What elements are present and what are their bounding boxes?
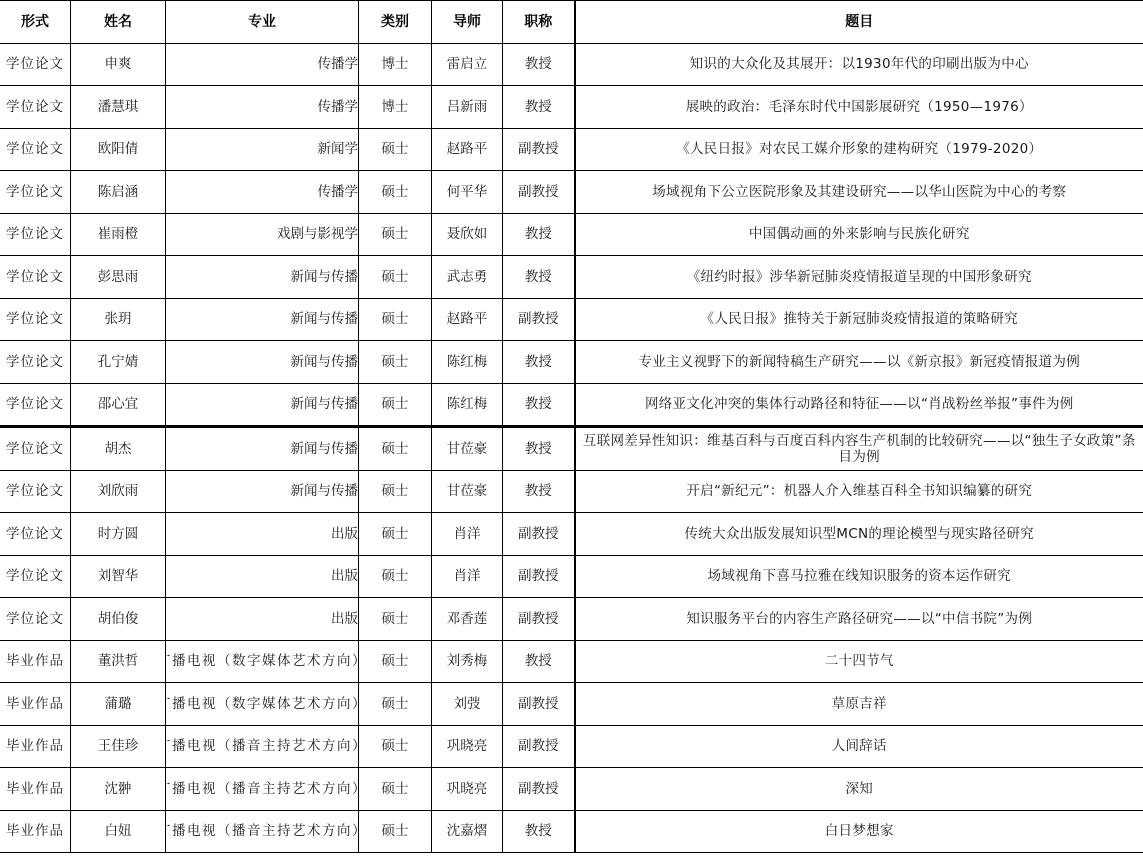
table-row: 学位论文 时方圆 出版 硕士 肖洋 副教授 传统大众出版发展知识型MCN的理论模… [0,513,1143,556]
cell-form: 毕业作品 [0,725,71,768]
table-row: 毕业作品 白妞 广播电视（播音主持艺术方向） 硕士 沈嘉熠 教授 白日梦想家 [0,810,1143,853]
cell-topic: 知识的大众化及其展开：以1930年代的印刷出版为中心 [575,43,1143,86]
cell-topic: 深知 [575,768,1143,811]
header-topic: 题目 [575,1,1143,44]
cell-type: 硕士 [359,683,432,726]
table-row: 学位论文 张玥 新闻与传播 硕士 赵路平 副教授 《人民日报》推特关于新冠肺炎疫… [0,298,1143,341]
cell-name: 潘慧琪 [71,86,166,129]
cell-major-text: 新闻与传播 [291,396,359,412]
cell-major: 传播学 [166,86,359,129]
cell-form: 学位论文 [0,427,71,471]
cell-tutor: 沈嘉熠 [432,810,503,853]
cell-tutor: 巩晓亮 [432,768,503,811]
cell-name: 陈启涵 [71,171,166,214]
cell-form: 学位论文 [0,213,71,256]
cell-topic: 互联网差异性知识：维基百科与百度百科内容生产机制的比较研究——以“独生子女政策”… [575,427,1143,471]
table-row: 学位论文 孔宁婧 新闻与传播 硕士 陈红梅 教授 专业主义视野下的新闻特稿生产研… [0,341,1143,384]
cell-rank: 教授 [503,383,575,427]
header-type: 类别 [359,1,432,44]
cell-major: 传播学 [166,171,359,214]
cell-rank: 副教授 [503,598,575,641]
cell-form: 学位论文 [0,171,71,214]
cell-form: 毕业作品 [0,810,71,853]
cell-rank: 副教授 [503,683,575,726]
cell-major-text: 新闻学 [318,141,359,157]
table-row: 学位论文 潘慧琪 传播学 博士 吕新雨 教授 展映的政治：毛泽东时代中国影展研究… [0,86,1143,129]
cell-type: 硕士 [359,213,432,256]
cell-topic: 《人民日报》对农民工媒介形象的建构研究（1979-2020） [575,128,1143,171]
table-row: 毕业作品 沈翀 广播电视（播音主持艺术方向） 硕士 巩晓亮 副教授 深知 [0,768,1143,811]
cell-name: 崔雨橙 [71,213,166,256]
cell-name: 申爽 [71,43,166,86]
cell-tutor: 甘莅豪 [432,427,503,471]
cell-major: 新闻与传播 [166,341,359,384]
table-row: 学位论文 刘智华 出版 硕士 肖洋 副教授 场域视角下喜马拉雅在线知识服务的资本… [0,555,1143,598]
cell-rank: 副教授 [503,298,575,341]
cell-name: 张玥 [71,298,166,341]
cell-form: 学位论文 [0,383,71,427]
cell-type: 硕士 [359,768,432,811]
cell-form: 学位论文 [0,598,71,641]
cell-rank: 教授 [503,213,575,256]
header-name: 姓名 [71,1,166,44]
cell-major: 新闻与传播 [166,298,359,341]
cell-tutor: 刘秀梅 [432,640,503,683]
cell-type: 硕士 [359,598,432,641]
cell-tutor: 邓香莲 [432,598,503,641]
cell-topic: 传统大众出版发展知识型MCN的理论模型与现实路径研究 [575,513,1143,556]
cell-rank: 副教授 [503,768,575,811]
cell-topic: 中国偶动画的外来影响与民族化研究 [575,213,1143,256]
cell-major-text: 传播学 [318,184,359,200]
cell-type: 硕士 [359,341,432,384]
cell-rank: 副教授 [503,555,575,598]
cell-type: 硕士 [359,810,432,853]
cell-type: 博士 [359,43,432,86]
cell-type: 博士 [359,86,432,129]
cell-major: 新闻与传播 [166,427,359,471]
cell-form: 学位论文 [0,513,71,556]
cell-form: 学位论文 [0,86,71,129]
cell-major: 出版 [166,513,359,556]
cell-tutor: 巩晓亮 [432,725,503,768]
cell-major: 传播学 [166,43,359,86]
cell-major: 广播电视（播音主持艺术方向） [166,768,359,811]
cell-topic: 开启“新纪元”：机器人介入维基百科全书知识编纂的研究 [575,470,1143,513]
cell-name: 胡伯俊 [71,598,166,641]
cell-major: 新闻与传播 [166,383,359,427]
cell-form: 毕业作品 [0,683,71,726]
cell-rank: 教授 [503,256,575,299]
cell-topic: 网络亚文化冲突的集体行动路径和特征——以“肖战粉丝举报”事件为例 [575,383,1143,427]
cell-tutor: 吕新雨 [432,86,503,129]
cell-major-text: 戏剧与影视学 [277,226,358,242]
cell-major-text: 广播电视（数字媒体艺术方向） [166,653,358,669]
cell-major-text: 传播学 [318,99,359,115]
table-row: 学位论文 欧阳倩 新闻学 硕士 赵路平 副教授 《人民日报》对农民工媒介形象的建… [0,128,1143,171]
cell-major: 出版 [166,555,359,598]
cell-major: 广播电视（播音主持艺术方向） [166,810,359,853]
cell-form: 学位论文 [0,470,71,513]
table-row: 学位论文 胡伯俊 出版 硕士 邓香莲 副教授 知识服务平台的内容生产路径研究——… [0,598,1143,641]
cell-rank: 教授 [503,640,575,683]
cell-name: 欧阳倩 [71,128,166,171]
cell-major: 新闻学 [166,128,359,171]
cell-name: 邵心宜 [71,383,166,427]
cell-name: 王佳珍 [71,725,166,768]
header-form: 形式 [0,1,71,44]
cell-major-text: 新闻与传播 [291,483,359,499]
table-row: 毕业作品 蒲璐 广播电视（数字媒体艺术方向） 硕士 刘弢 副教授 草原吉祥 [0,683,1143,726]
cell-type: 硕士 [359,128,432,171]
cell-major-text: 广播电视（播音主持艺术方向） [166,823,358,839]
cell-tutor: 陈红梅 [432,383,503,427]
table-row: 毕业作品 王佳珍 广播电视（播音主持艺术方向） 硕士 巩晓亮 副教授 人间辞话 [0,725,1143,768]
cell-topic: 场域视角下公立医院形象及其建设研究——以华山医院为中心的考察 [575,171,1143,214]
cell-tutor: 何平华 [432,171,503,214]
cell-tutor: 聂欣如 [432,213,503,256]
cell-form: 毕业作品 [0,640,71,683]
cell-type: 硕士 [359,427,432,471]
cell-major: 新闻与传播 [166,256,359,299]
cell-tutor: 刘弢 [432,683,503,726]
cell-form: 毕业作品 [0,768,71,811]
cell-type: 硕士 [359,256,432,299]
cell-tutor: 武志勇 [432,256,503,299]
cell-major: 广播电视（数字媒体艺术方向） [166,683,359,726]
cell-name: 孔宁婧 [71,341,166,384]
cell-major-text: 广播电视（播音主持艺术方向） [166,781,358,797]
cell-rank: 教授 [503,86,575,129]
table-row: 学位论文 陈启涵 传播学 硕士 何平华 副教授 场域视角下公立医院形象及其建设研… [0,171,1143,214]
header-row: 形式 姓名 专业 类别 导师 职称 题目 [0,1,1143,44]
cell-tutor: 赵路平 [432,128,503,171]
cell-topic: 《纽约时报》涉华新冠肺炎疫情报道呈现的中国形象研究 [575,256,1143,299]
cell-name: 沈翀 [71,768,166,811]
table-row: 学位论文 刘欣雨 新闻与传播 硕士 甘莅豪 教授 开启“新纪元”：机器人介入维基… [0,470,1143,513]
cell-topic: 草原吉祥 [575,683,1143,726]
cell-type: 硕士 [359,725,432,768]
cell-rank: 教授 [503,341,575,384]
cell-tutor: 陈红梅 [432,341,503,384]
cell-topic: 二十四节气 [575,640,1143,683]
cell-tutor: 肖洋 [432,513,503,556]
cell-type: 硕士 [359,640,432,683]
cell-type: 硕士 [359,555,432,598]
cell-type: 硕士 [359,513,432,556]
cell-major-text: 广播电视（数字媒体艺术方向） [166,696,358,712]
cell-topic: 知识服务平台的内容生产路径研究——以“中信书院”为例 [575,598,1143,641]
cell-form: 学位论文 [0,128,71,171]
cell-topic: 场域视角下喜马拉雅在线知识服务的资本运作研究 [575,555,1143,598]
cell-rank: 副教授 [503,171,575,214]
cell-rank: 副教授 [503,725,575,768]
cell-tutor: 肖洋 [432,555,503,598]
cell-topic: 人间辞话 [575,725,1143,768]
cell-form: 学位论文 [0,43,71,86]
cell-tutor: 雷启立 [432,43,503,86]
cell-type: 硕士 [359,171,432,214]
cell-major-text: 广播电视（播音主持艺术方向） [166,738,358,754]
cell-tutor: 甘莅豪 [432,470,503,513]
cell-major-text: 出版 [331,611,358,627]
cell-major: 广播电视（播音主持艺术方向） [166,725,359,768]
cell-major-text: 新闻与传播 [291,441,359,457]
table-row: 学位论文 崔雨橙 戏剧与影视学 硕士 聂欣如 教授 中国偶动画的外来影响与民族化… [0,213,1143,256]
cell-name: 时方圆 [71,513,166,556]
cell-rank: 副教授 [503,513,575,556]
cell-topic: 专业主义视野下的新闻特稿生产研究——以《新京报》新冠疫情报道为例 [575,341,1143,384]
cell-type: 硕士 [359,298,432,341]
table-row: 学位论文 申爽 传播学 博士 雷启立 教授 知识的大众化及其展开：以1930年代… [0,43,1143,86]
cell-rank: 教授 [503,810,575,853]
cell-rank: 教授 [503,427,575,471]
cell-major-text: 新闻与传播 [291,311,359,327]
thesis-table: 形式 姓名 专业 类别 导师 职称 题目 学位论文 申爽 传播学 博士 雷启立 … [0,0,1143,853]
cell-name: 蒲璐 [71,683,166,726]
cell-name: 胡杰 [71,427,166,471]
cell-topic: 《人民日报》推特关于新冠肺炎疫情报道的策略研究 [575,298,1143,341]
thesis-list-sheet: 形式 姓名 专业 类别 导师 职称 题目 学位论文 申爽 传播学 博士 雷启立 … [0,0,1143,860]
cell-major-text: 出版 [331,568,358,584]
header-major: 专业 [166,1,359,44]
cell-name: 刘欣雨 [71,470,166,513]
table-row: 毕业作品 董洪哲 广播电视（数字媒体艺术方向） 硕士 刘秀梅 教授 二十四节气 [0,640,1143,683]
cell-type: 硕士 [359,470,432,513]
cell-form: 学位论文 [0,555,71,598]
cell-major-text: 新闻与传播 [291,269,359,285]
cell-rank: 教授 [503,470,575,513]
cell-form: 学位论文 [0,256,71,299]
cell-name: 刘智华 [71,555,166,598]
table-row: 学位论文 彭思雨 新闻与传播 硕士 武志勇 教授 《纽约时报》涉华新冠肺炎疫情报… [0,256,1143,299]
header-tutor: 导师 [432,1,503,44]
cell-major: 戏剧与影视学 [166,213,359,256]
cell-tutor: 赵路平 [432,298,503,341]
cell-name: 白妞 [71,810,166,853]
cell-major: 广播电视（数字媒体艺术方向） [166,640,359,683]
cell-rank: 教授 [503,43,575,86]
cell-name: 彭思雨 [71,256,166,299]
cell-major: 新闻与传播 [166,470,359,513]
header-rank: 职称 [503,1,575,44]
cell-form: 学位论文 [0,341,71,384]
table-row: 学位论文 胡杰 新闻与传播 硕士 甘莅豪 教授 互联网差异性知识：维基百科与百度… [0,427,1143,471]
table-row: 学位论文 邵心宜 新闻与传播 硕士 陈红梅 教授 网络亚文化冲突的集体行动路径和… [0,383,1143,427]
cell-topic: 白日梦想家 [575,810,1143,853]
cell-major-text: 出版 [331,526,358,542]
cell-type: 硕士 [359,383,432,427]
cell-form: 学位论文 [0,298,71,341]
cell-major: 出版 [166,598,359,641]
cell-name: 董洪哲 [71,640,166,683]
cell-rank: 副教授 [503,128,575,171]
cell-major-text: 新闻与传播 [291,354,359,370]
cell-topic: 展映的政治：毛泽东时代中国影展研究（1950—1976） [575,86,1143,129]
cell-major-text: 传播学 [318,56,359,72]
